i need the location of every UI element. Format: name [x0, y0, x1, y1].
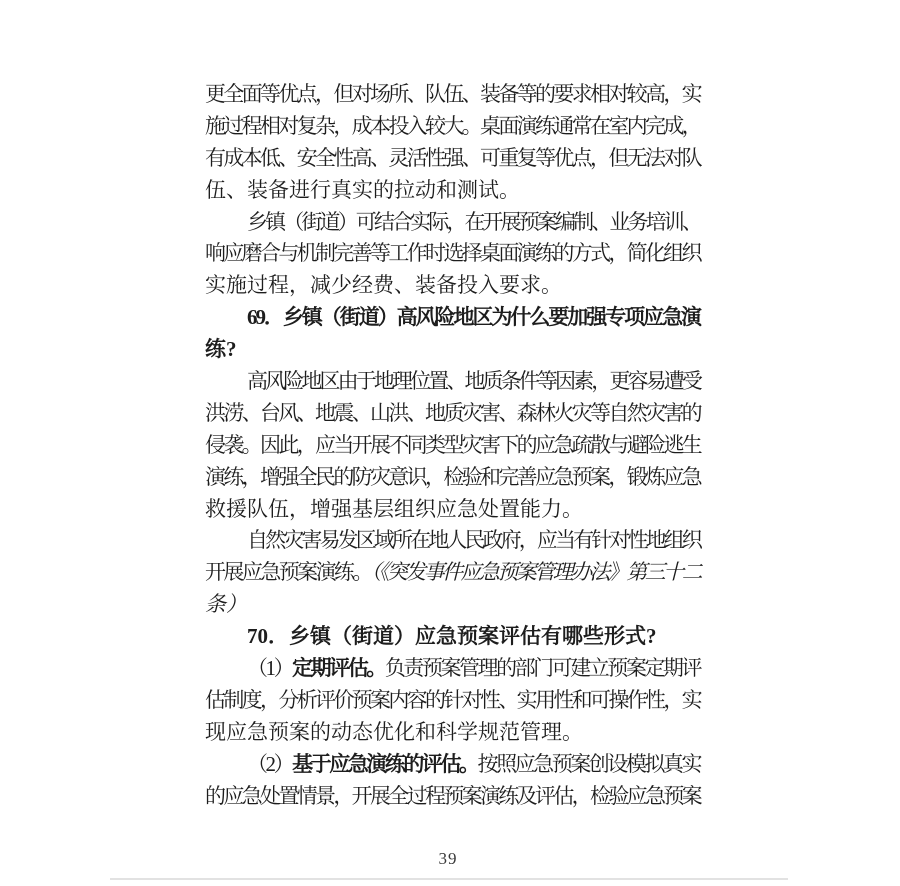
body-text: 侵袭。因此，应当开展不同类型灾害下的应急疏散与避险逃生: [205, 433, 700, 457]
body-text: 演练，增强全民的防灾意识，检验和完善应急预案，锻炼应急: [205, 465, 700, 489]
body-text: 伍、装备进行真实的拉动和测试。: [205, 178, 520, 202]
text-line: 现应急预案的动态优化和科学规范管理。: [205, 717, 700, 749]
body-text: 施过程相对复杂，成本投入较大。桌面演练通常在室内完成，: [205, 114, 700, 138]
text-line: 演练，增强全民的防灾意识，检验和完善应急预案，锻炼应急: [205, 462, 700, 494]
text-line: （1）定期评估。负责预案管理的部门可建立预案定期评: [205, 653, 700, 685]
body-text: 开展应急预案演练。: [205, 560, 371, 584]
text-line: 估制度，分析评价预案内容的针对性、实用性和可操作性，实: [205, 685, 700, 717]
text-line: 69．乡镇（街道）高风险地区为什么要加强专项应急演: [205, 302, 700, 334]
text-line: 练?: [205, 334, 700, 366]
body-text: 更全面等优点，但对场所、队伍、装备等的要求相对较高，实: [205, 82, 700, 106]
text-line: 洪涝、台风、地震、山洪、地质灾害、森林火灾等自然灾害的: [205, 398, 700, 430]
body-text: 自然灾害易发区域所在地人民政府，应当有针对性地组织: [247, 528, 700, 552]
body-text: 高风险地区由于地理位置、地质条件等因素，更容易遭受: [247, 369, 700, 393]
text-line: 乡镇（街道）可结合实际，在开展预案编制、业务培训、: [205, 207, 700, 239]
body-text: 估制度，分析评价预案内容的针对性、实用性和可操作性，实: [205, 688, 700, 712]
text-line: 70．乡镇（街道）应急预案评估有哪些形式?: [205, 621, 700, 653]
text-line: 的应急处置情景，开展全过程预案演练及评估，检验应急预案: [205, 781, 700, 813]
document-page: 更全面等优点，但对场所、队伍、装备等的要求相对较高，实施过程相对复杂，成本投入较…: [0, 0, 900, 886]
text-line: 自然灾害易发区域所在地人民政府，应当有针对性地组织: [205, 525, 700, 557]
text-line: 侵袭。因此，应当开展不同类型灾害下的应急疏散与避险逃生: [205, 430, 700, 462]
text-line: 高风险地区由于地理位置、地质条件等因素，更容易遭受: [205, 366, 700, 398]
heading-text: 69．乡镇（街道）高风险地区为什么要加强专项应急演: [247, 305, 700, 329]
text-line: 救援队伍，增强基层组织应急处置能力。: [205, 494, 700, 526]
page-number: 39: [0, 849, 896, 869]
text-block: 更全面等优点，但对场所、队伍、装备等的要求相对较高，实施过程相对复杂，成本投入较…: [205, 79, 700, 812]
body-text: 现应急预案的动态优化和科学规范管理。: [205, 720, 583, 744]
body-text: 有成本低、安全性高、灵活性强、可重复等优点，但无法对队: [205, 146, 700, 170]
text-line: （2）基于应急演练的评估。按照应急预案创设模拟真实: [205, 749, 700, 781]
body-text: 负责预案管理的部门可建立预案定期评: [385, 656, 700, 680]
body-text: （2）: [247, 752, 292, 776]
body-text: 洪涝、台风、地震、山洪、地质灾害、森林火灾等自然灾害的: [205, 401, 700, 425]
text-line: 更全面等优点，但对场所、队伍、装备等的要求相对较高，实: [205, 79, 700, 111]
body-text: 乡镇（街道）可结合实际，在开展预案编制、业务培训、: [247, 210, 700, 234]
text-line: 伍、装备进行真实的拉动和测试。: [205, 175, 700, 207]
text-line: 开展应急预案演练。（《突发事件应急预案管理办法》第三十二: [205, 557, 700, 589]
body-text: 救援队伍，增强基层组织应急处置能力。: [205, 497, 583, 521]
body-text: 的应急处置情景，开展全过程预案演练及评估，检验应急预案: [205, 784, 700, 808]
text-line: 响应磨合与机制完善等工作时选择桌面演练的方式，简化组织: [205, 238, 700, 270]
footer-rule: [110, 878, 788, 880]
heading-text: 70．乡镇（街道）应急预案评估有哪些形式?: [247, 624, 657, 648]
text-line: 有成本低、安全性高、灵活性强、可重复等优点，但无法对队: [205, 143, 700, 175]
text-line: 实施过程，减少经费、装备投入要求。: [205, 270, 700, 302]
body-text: 按照应急预案创设模拟真实: [478, 752, 700, 776]
citation-text: 条）: [205, 592, 247, 616]
body-text: （1）: [247, 656, 292, 680]
text-line: 施过程相对复杂，成本投入较大。桌面演练通常在室内完成，: [205, 111, 700, 143]
body-text: 响应磨合与机制完善等工作时选择桌面演练的方式，简化组织: [205, 241, 700, 265]
heading-text: 定期评估。: [292, 656, 385, 680]
citation-text: （《突发事件应急预案管理办法》第三十二: [371, 560, 700, 584]
body-text: 实施过程，减少经费、装备投入要求。: [205, 273, 562, 297]
heading-text: 练?: [205, 337, 237, 361]
heading-text: 基于应急演练的评估。: [292, 752, 477, 776]
text-line: 条）: [205, 589, 700, 621]
